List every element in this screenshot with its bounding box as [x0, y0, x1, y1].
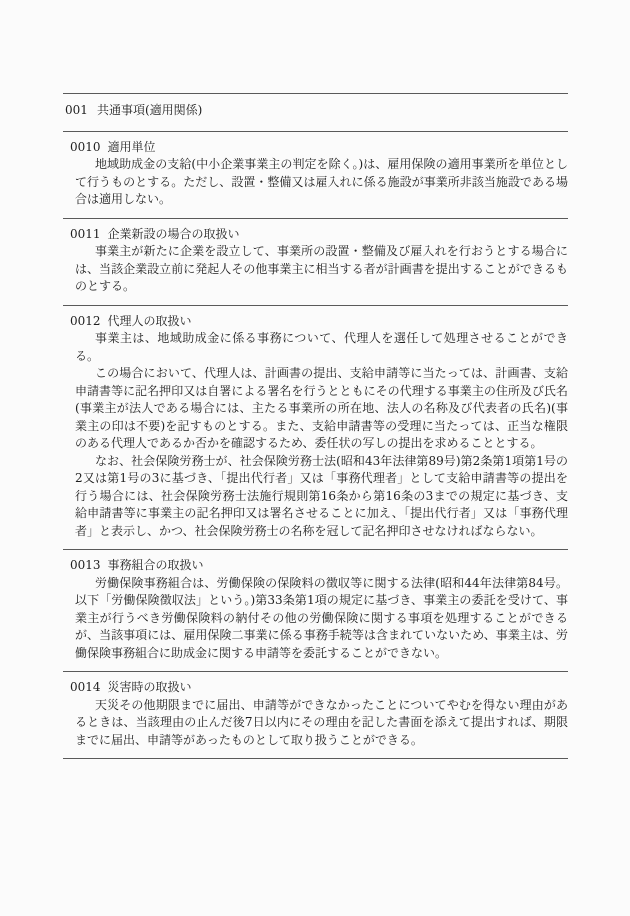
paragraph: 労働保険事務組合は、労働保険の保険料の徴収等に関する法律(昭和44年法律第84号…: [75, 575, 568, 663]
section-body: 事業主が新たに企業を設立して、事業所の設置・整備及び雇入れを行おうとする場合には…: [63, 243, 568, 296]
chapter-heading: 001共通事項(適用関係): [63, 94, 568, 131]
section-title: 事務組合の取扱い: [108, 558, 204, 572]
section-heading: 0011企業新設の場合の取扱い: [63, 226, 568, 244]
paragraph: この場合において、代理人は、計画書の提出、支給申請等に当たっては、計画書、支給申…: [75, 365, 568, 453]
chapter-title: 共通事項(適用関係): [97, 103, 202, 117]
section-body: 労働保険事務組合は、労働保険の保険料の徴収等に関する法律(昭和44年法律第84号…: [63, 575, 568, 663]
section: 0014災害時の取扱い 天災その他期限までに届出、申請等ができなかったことについ…: [63, 672, 568, 758]
section-heading: 0014災害時の取扱い: [63, 679, 568, 697]
section-heading: 0010適用単位: [63, 139, 568, 157]
section: 0011企業新設の場合の取扱い 事業主が新たに企業を設立して、事業所の設置・整備…: [63, 219, 568, 305]
section: 0012代理人の取扱い 事業主は、地域助成金に係る事務について、代理人を選任して…: [63, 306, 568, 550]
section-body: 地域助成金の支給(中小企業事業主の判定を除く。)は、雇用保険の適用事業所を単位と…: [63, 156, 568, 209]
sections-container: 0010適用単位 地域助成金の支給(中小企業事業主の判定を除く。)は、雇用保険の…: [63, 132, 568, 760]
document-page: 001共通事項(適用関係) 0010適用単位 地域助成金の支給(中小企業事業主の…: [0, 0, 630, 916]
section: 0013事務組合の取扱い 労働保険事務組合は、労働保険の保険料の徴収等に関する法…: [63, 550, 568, 671]
paragraph: 事業主が新たに企業を設立して、事業所の設置・整備及び雇入れを行おうとする場合には…: [75, 243, 568, 296]
chapter-number: 001: [65, 102, 95, 120]
document-body: 001共通事項(適用関係) 0010適用単位 地域助成金の支給(中小企業事業主の…: [0, 0, 630, 759]
section-number: 0010: [70, 139, 101, 157]
paragraph: なお、社会保険労務士が、社会保険労務士法(昭和43年法律第89号)第2条第1項第…: [75, 453, 568, 541]
section-heading: 0012代理人の取扱い: [63, 313, 568, 331]
section-number: 0014: [70, 679, 101, 697]
divider: [63, 758, 568, 759]
paragraph: 地域助成金の支給(中小企業事業主の判定を除く。)は、雇用保険の適用事業所を単位と…: [75, 156, 568, 209]
section-body: 天災その他期限までに届出、申請等ができなかったことについてやむを得ない理由がある…: [63, 697, 568, 750]
section-body: 事業主は、地域助成金に係る事務について、代理人を選任して処理させることができる。…: [63, 330, 568, 540]
section-title: 適用単位: [108, 140, 156, 154]
section: 0010適用単位 地域助成金の支給(中小企業事業主の判定を除く。)は、雇用保険の…: [63, 132, 568, 218]
section-title: 企業新設の場合の取扱い: [108, 227, 240, 241]
section-title: 災害時の取扱い: [108, 680, 192, 694]
section-number: 0013: [70, 557, 101, 575]
section-title: 代理人の取扱い: [108, 314, 192, 328]
section-number: 0011: [70, 226, 101, 244]
section-heading: 0013事務組合の取扱い: [63, 557, 568, 575]
paragraph: 天災その他期限までに届出、申請等ができなかったことについてやむを得ない理由がある…: [75, 697, 568, 750]
paragraph: 事業主は、地域助成金に係る事務について、代理人を選任して処理させることができる。: [75, 330, 568, 365]
section-number: 0012: [70, 313, 101, 331]
